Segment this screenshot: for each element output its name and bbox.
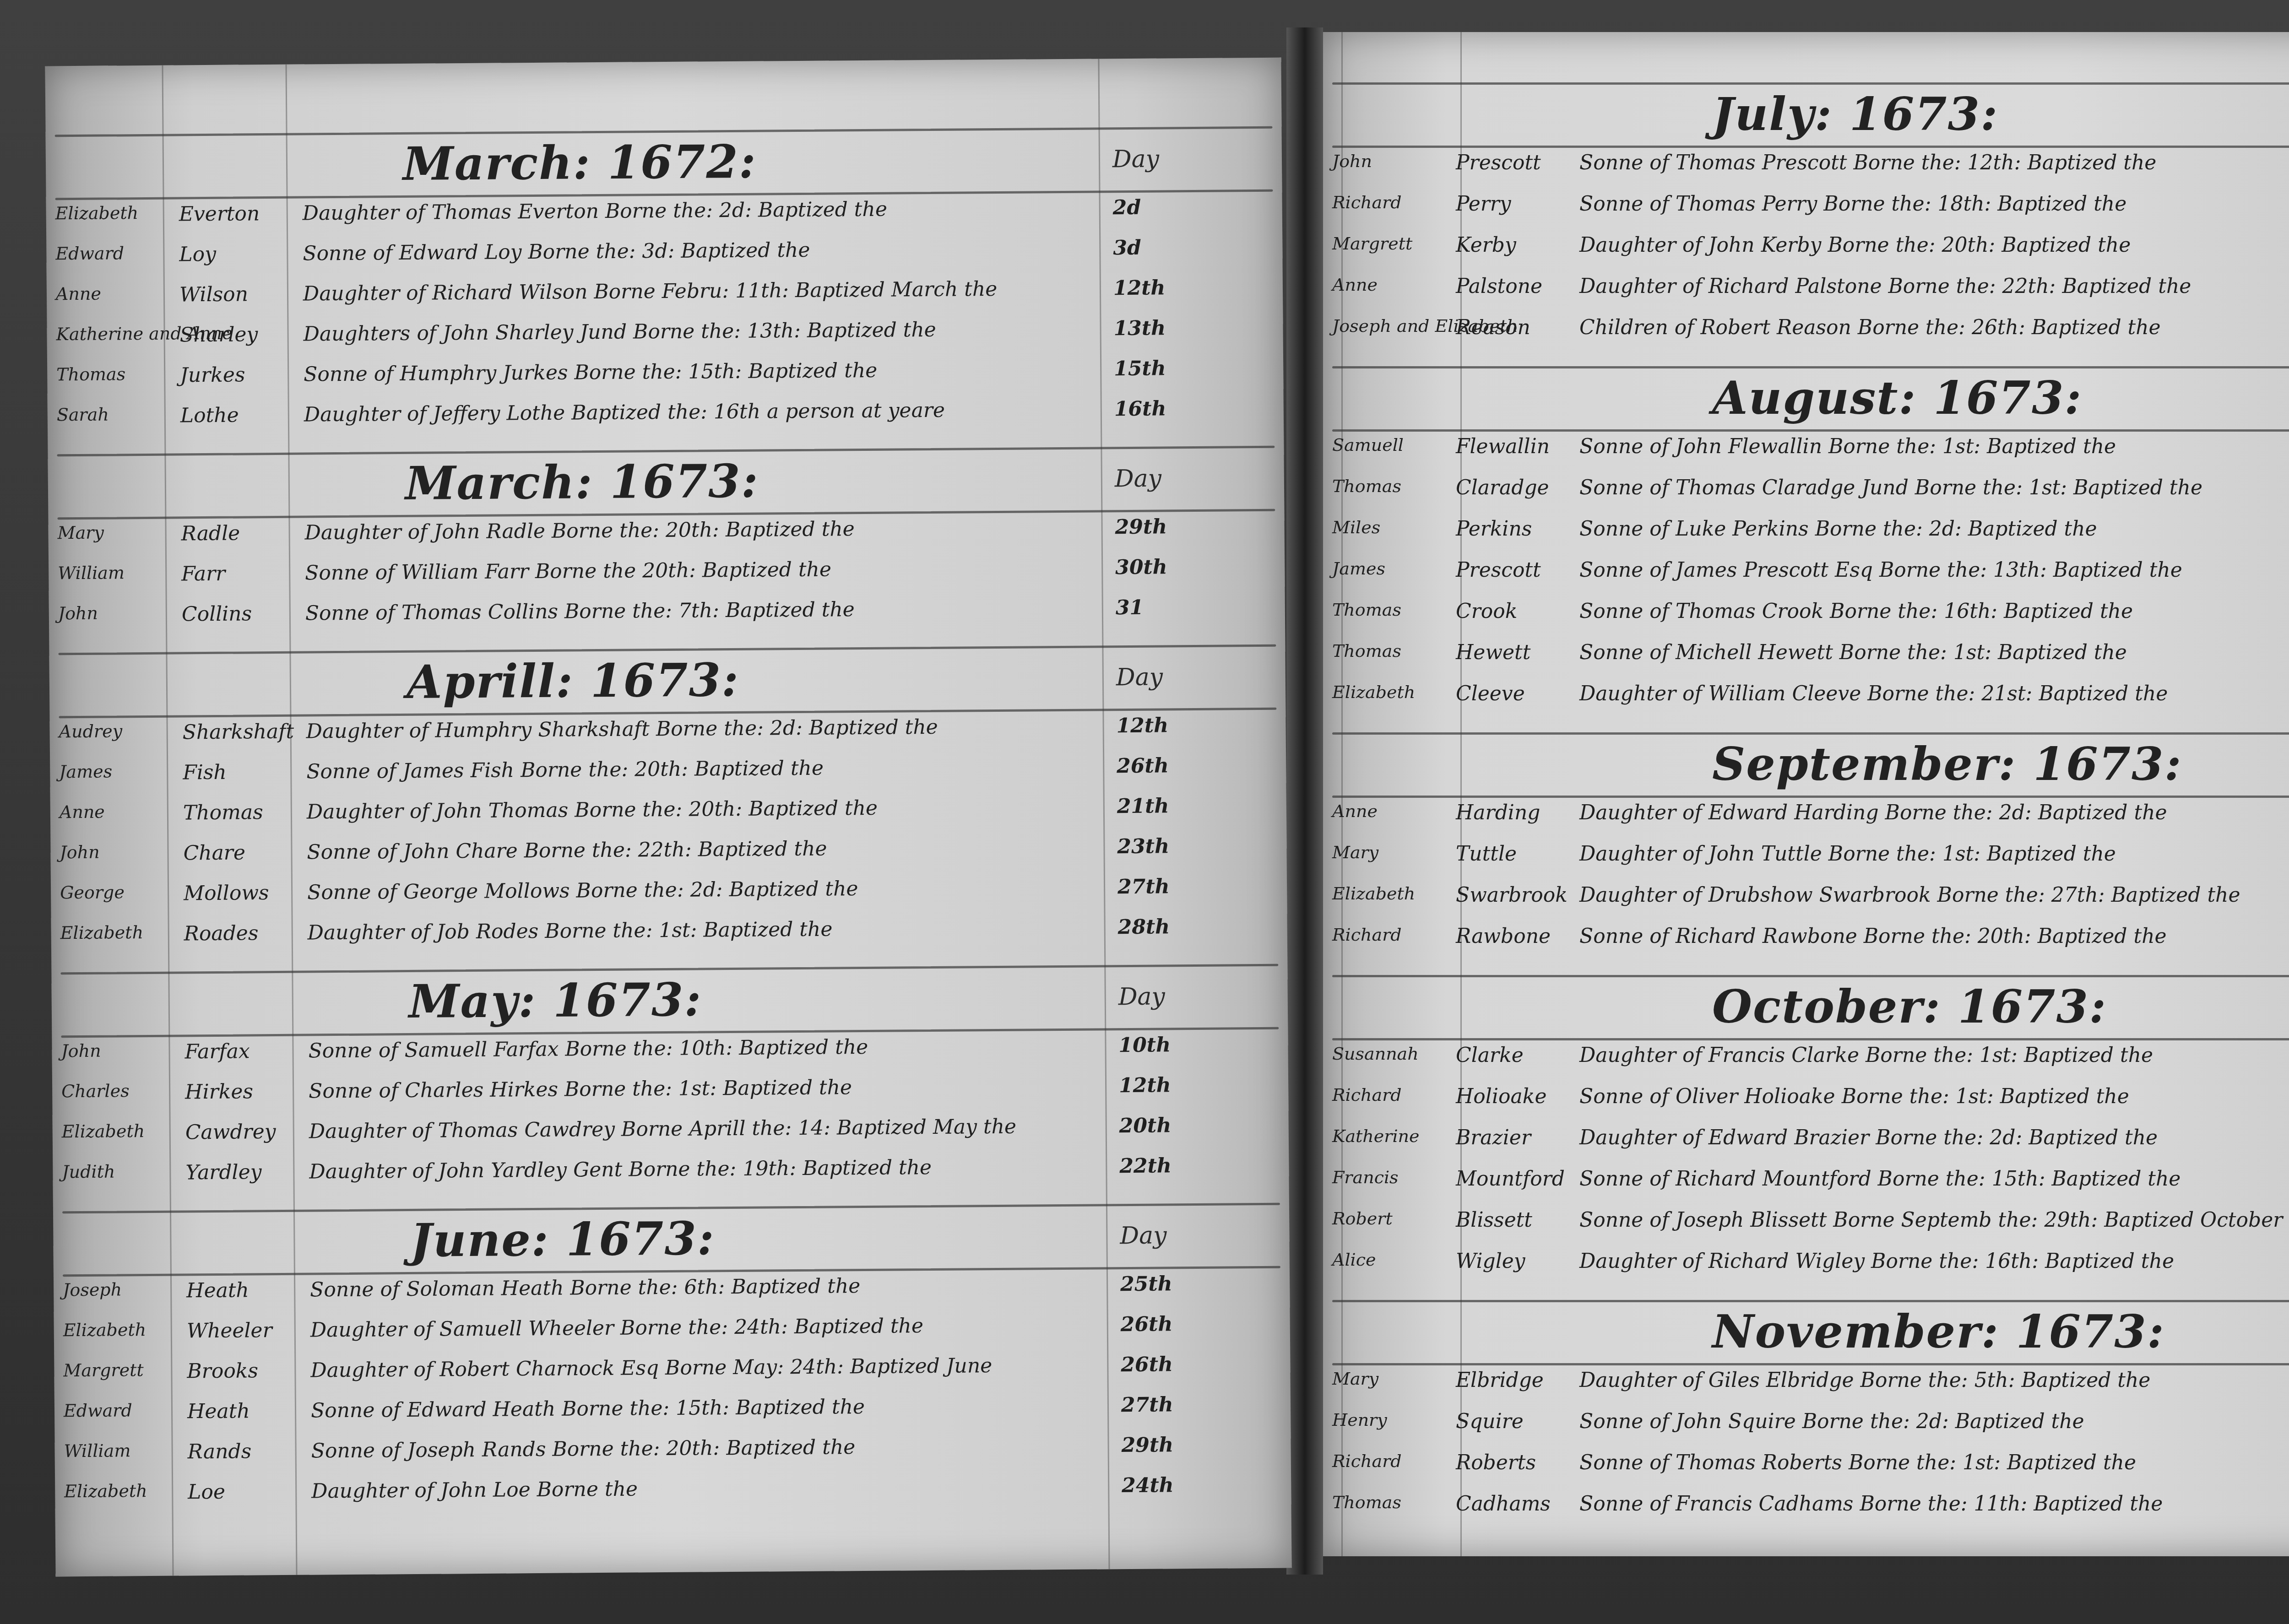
surname: Prescott: [1456, 151, 1541, 174]
surname: Everton: [179, 202, 260, 226]
section-rule: [61, 1027, 1279, 1038]
surname: Crook: [1456, 600, 1517, 623]
surname: Palstone: [1456, 275, 1542, 298]
given-name: Richard: [1332, 1451, 1402, 1471]
section-rule: [1332, 366, 2289, 368]
baptism-day: 21th: [1117, 794, 1169, 818]
day-column-header: Day: [1118, 983, 1165, 1011]
baptism-day: 30th: [1115, 555, 1167, 579]
register-entry: AnneThomasDaughter of John Thomas Borne …: [50, 794, 1286, 802]
entry-text: Daughters of John Sharley Jund Borne the…: [303, 318, 936, 346]
entry-text: Sonne of John Flewallin Borne the: 1st: …: [1579, 435, 2116, 458]
entry-text: Daughter of William Cleeve Borne the: 21…: [1579, 682, 2168, 705]
entry-text: Sonne of Oliver Holioake Borne the: 1st:…: [1579, 1085, 2129, 1108]
month-heading: March: 1672:: [403, 135, 757, 191]
month-heading: July: 1673:: [1712, 87, 1998, 141]
month-heading: September: 1673:: [1712, 737, 2182, 791]
surname: Mountford: [1456, 1167, 1565, 1191]
baptism-day: 2d: [1113, 196, 1141, 219]
entry-text: Daughter of John Radle Borne the: 20th: …: [304, 517, 854, 544]
given-name: John: [1332, 151, 1372, 171]
entry-text: Daughter of John Yardley Gent Borne the:…: [309, 1156, 932, 1183]
entry-text: Sonne of Thomas Collins Borne the: 7th: …: [305, 598, 855, 625]
given-name: Anne: [1332, 801, 1378, 821]
register-entry: AudreySharkshaftDaughter of Humphry Shar…: [50, 713, 1286, 722]
day-column-header: Day: [1115, 465, 1161, 493]
surname: Roberts: [1456, 1451, 1536, 1474]
given-name: Susannah: [1332, 1044, 1419, 1064]
entry-text: Children of Robert Reason Borne the: 26t…: [1579, 316, 2161, 339]
given-name: James: [59, 761, 112, 782]
section-rule: [1332, 732, 2289, 735]
surname: Hewett: [1456, 641, 1530, 664]
given-name: Katherine: [1332, 1126, 1420, 1146]
surname: Perkins: [1456, 517, 1532, 541]
given-name: Elizabeth: [63, 1320, 146, 1340]
baptism-day: 25th: [1120, 1272, 1172, 1296]
right-page: July: 1673:DayJohnPrescottSonne of Thoma…: [1323, 32, 2289, 1556]
entry-text: Sonne of Charles Hirkes Borne the: 1st: …: [309, 1076, 852, 1103]
entry-text: Sonne of James Prescott Esq Borne the: 1…: [1579, 558, 2182, 582]
given-name: Richard: [1332, 925, 1402, 945]
given-name: Margrett: [63, 1360, 144, 1380]
book-gutter: [1286, 27, 1323, 1575]
baptism-day: 24th: [1122, 1473, 1174, 1497]
given-name: Elizabeth: [60, 922, 144, 943]
given-name: James: [1332, 558, 1385, 579]
given-name: Thomas: [1332, 600, 1401, 620]
given-name: Elizabeth: [64, 1481, 147, 1501]
baptism-day: 26th: [1121, 1312, 1173, 1336]
given-name: John: [60, 842, 99, 863]
entry-text: Daughter of John Kerby Borne the: 20th: …: [1579, 233, 2131, 257]
register-entry: MaryRadleDaughter of John Radle Borne th…: [48, 514, 1284, 523]
baptism-day: 28th: [1118, 915, 1170, 939]
entry-text: Sonne of Thomas Roberts Borne the: 1st: …: [1579, 1451, 2136, 1474]
given-name: Alice: [1332, 1250, 1376, 1270]
surname: Brazier: [1456, 1126, 1531, 1149]
given-name: Anne: [1332, 275, 1378, 295]
given-name: Mary: [1332, 1369, 1378, 1389]
register-entry: SarahLotheDaughter of Jeffery Lothe Bapt…: [48, 396, 1284, 405]
entry-text: Daughter of Robert Charnock Esq Borne Ma…: [310, 1354, 992, 1382]
month-heading: October: 1673:: [1712, 980, 2107, 1034]
surname: Thomas: [183, 801, 263, 824]
surname: Prescott: [1456, 558, 1541, 582]
surname: Cadhams: [1456, 1492, 1551, 1516]
surname: Loy: [179, 243, 216, 266]
baptism-day: 29th: [1115, 515, 1167, 539]
register-entry: JamesFishSonne of James Fish Borne the: …: [50, 753, 1286, 762]
surname: Yardley: [185, 1160, 261, 1184]
surname: Claradge: [1456, 476, 1549, 499]
given-name: Margrett: [1332, 233, 1412, 254]
given-name: Audrey: [59, 721, 123, 742]
surname: Swarbrook: [1456, 883, 1568, 907]
baptism-day: 12th: [1116, 714, 1168, 737]
register-entry: JudithYardleyDaughter of John Yardley Ge…: [53, 1153, 1289, 1162]
entry-text: Daughter of Thomas Everton Borne the: 2d…: [303, 198, 887, 225]
entry-text: Sonne of Edward Heath Borne the: 15th: B…: [311, 1395, 865, 1422]
surname: Chare: [183, 841, 245, 865]
surname: Tuttle: [1456, 842, 1517, 866]
entry-text: Daughter of Edward Brazier Borne the: 2d…: [1579, 1126, 2158, 1149]
surname: Reason: [1456, 316, 1530, 339]
entry-text: Sonne of Edward Loy Borne the: 3d: Bapti…: [303, 238, 810, 265]
entry-text: Daughter of Richard Wigley Borne the: 16…: [1579, 1250, 2174, 1273]
entry-text: Daughter of John Loe Borne the: [311, 1478, 638, 1503]
baptism-day: 10th: [1118, 1033, 1171, 1057]
entry-text: Sonne of Humphry Jurkes Borne the: 15th:…: [304, 359, 877, 386]
entry-text: Sonne of Richard Rawbone Borne the: 20th…: [1579, 925, 2167, 948]
surname: Flewallin: [1456, 435, 1550, 458]
month-heading: August: 1673:: [1712, 371, 2082, 425]
section-rule: [1332, 1038, 2289, 1040]
entry-text: Sonne of Joseph Blissett Borne Septemb t…: [1579, 1208, 2289, 1232]
register-entry: ElizabethEvertonDaughter of Thomas Evert…: [46, 195, 1282, 204]
given-name: Henry: [1332, 1410, 1387, 1430]
register-entry: GeorgeMollowsSonne of George Mollows Bor…: [51, 874, 1287, 883]
given-name: Richard: [1332, 192, 1402, 212]
surname: Collins: [182, 602, 252, 626]
month-heading: March: 1673:: [405, 454, 759, 510]
left-page: March: 1672:DayElizabethEvertonDaughter …: [45, 58, 1292, 1577]
surname: Sharkshaft: [183, 720, 294, 744]
baptism-day: 29th: [1121, 1433, 1173, 1457]
baptism-day: 31: [1116, 596, 1144, 619]
given-name: Mary: [1332, 842, 1378, 862]
given-name: Mary: [57, 523, 104, 543]
entry-text: Sonne of Luke Perkins Borne the: 2d: Bap…: [1579, 517, 2097, 541]
given-name: Elizabeth: [1332, 682, 1415, 702]
entry-text: Sonne of Joseph Rands Borne the: 20th: B…: [311, 1435, 855, 1462]
column-rule: [1460, 32, 1462, 1556]
column-rule: [286, 65, 298, 1575]
entry-text: Sonne of Soloman Heath Borne the: 6th: B…: [310, 1274, 860, 1301]
column-rule: [1098, 59, 1110, 1569]
given-name: Elizabeth: [55, 203, 139, 223]
baptism-day: 27th: [1121, 1393, 1173, 1417]
baptism-day: 3d: [1113, 236, 1141, 260]
entry-text: Daughter of Humphry Sharkshaft Borne the…: [306, 715, 938, 743]
surname: Heath: [186, 1278, 249, 1302]
baptism-day: 13th: [1113, 316, 1166, 340]
register-entry: ElizabethCawdreyDaughter of Thomas Cawdr…: [53, 1113, 1289, 1122]
entry-text: Daughter of Thomas Cawdrey Borne Aprill …: [309, 1115, 1017, 1143]
baptism-day: 12th: [1113, 276, 1166, 300]
given-name: Joseph: [63, 1279, 122, 1300]
register-entry: ElizabethWheelerDaughter of Samuell Whee…: [54, 1312, 1290, 1321]
section-rule: [55, 189, 1273, 200]
given-name: John: [58, 603, 98, 624]
day-column-header: Day: [1116, 663, 1163, 691]
register-entry: ThomasJurkesSonne of Humphry Jurkes Born…: [47, 356, 1283, 365]
month-heading: May: 1673:: [408, 972, 702, 1028]
entry-text: Sonne of William Farr Borne the 20th: Ba…: [305, 558, 831, 585]
surname: Farfax: [184, 1039, 250, 1063]
given-name: Thomas: [1332, 641, 1401, 661]
entry-text: Daughter of John Tuttle Borne the: 1st: …: [1579, 842, 2116, 866]
register-entry: MargrettBrooksDaughter of Robert Charnoc…: [54, 1352, 1290, 1361]
given-name: William: [58, 563, 125, 583]
baptism-day: 20th: [1119, 1114, 1172, 1137]
entry-text: Daughter of Samuell Wheeler Borne the: 2…: [310, 1314, 923, 1342]
section-rule: [1332, 975, 2289, 977]
register-entry: JohnChareSonne of John Chare Borne the: …: [50, 834, 1286, 843]
baptism-day: 26th: [1117, 754, 1169, 778]
given-name: Elizabeth: [1332, 883, 1415, 904]
register-entry: CharlesHirkesSonne of Charles Hirkes Bor…: [52, 1073, 1288, 1082]
section-rule: [1332, 146, 2289, 148]
entry-text: Daughter of Job Rodes Borne the: 1st: Ba…: [308, 918, 833, 945]
baptism-day: 27th: [1117, 875, 1170, 899]
register-entry: JohnCollinsSonne of Thomas Collins Borne…: [49, 595, 1285, 604]
surname: Rands: [187, 1440, 251, 1463]
given-name: Judith: [62, 1161, 115, 1182]
surname: Loe: [188, 1480, 225, 1504]
entry-text: Sonne of John Squire Borne the: 2d: Bapt…: [1579, 1410, 2084, 1433]
given-name: Francis: [1332, 1167, 1399, 1187]
given-name: Edward: [55, 243, 124, 264]
given-name: George: [60, 882, 125, 903]
surname: Wigley: [1456, 1250, 1525, 1273]
given-name: Richard: [1332, 1085, 1402, 1105]
baptism-day: 22th: [1119, 1154, 1172, 1178]
surname: Radle: [181, 522, 240, 546]
day-column-header: Day: [1112, 145, 1159, 173]
section-rule: [1332, 796, 2289, 798]
register-entry: EdwardLoySonne of Edward Loy Borne the: …: [46, 235, 1282, 244]
baptism-day: 12th: [1119, 1073, 1171, 1097]
surname: Clarke: [1456, 1044, 1524, 1067]
register-entry: WilliamFarrSonne of William Farr Borne t…: [49, 555, 1285, 563]
column-rule: [162, 65, 174, 1576]
entry-text: Sonne of John Chare Borne the: 22th: Bap…: [307, 837, 827, 864]
section-rule: [63, 1266, 1280, 1277]
entry-text: Daughter of Edward Harding Borne the: 2d…: [1579, 801, 2167, 824]
entry-text: Sonne of Thomas Crook Borne the: 16th: B…: [1579, 600, 2133, 623]
given-name: Thomas: [56, 364, 125, 384]
surname: Elbridge: [1456, 1369, 1544, 1392]
surname: Fish: [183, 761, 227, 785]
entry-text: Sonne of Thomas Claradge Jund Borne the:…: [1579, 476, 2202, 499]
baptism-day: 16th: [1114, 397, 1166, 421]
surname: Heath: [187, 1399, 250, 1423]
given-name: Edward: [64, 1400, 132, 1421]
register-entry: ElizabethRoadesDaughter of Job Rodes Bor…: [51, 915, 1287, 923]
given-name: Charles: [61, 1081, 130, 1101]
entry-text: Sonne of George Mollows Borne the: 2d: B…: [307, 877, 858, 904]
baptism-day: 15th: [1114, 357, 1166, 380]
surname: Jurkes: [180, 363, 245, 387]
entry-text: Sonne of Michell Hewett Borne the: 1st: …: [1579, 641, 2127, 664]
surname: Harding: [1456, 801, 1540, 824]
surname: Hirkes: [185, 1080, 253, 1104]
day-column-header: Day: [1120, 1222, 1166, 1250]
baptism-day: 26th: [1121, 1353, 1173, 1376]
surname: Perry: [1456, 192, 1511, 216]
entry-text: Daughter of Giles Elbridge Borne the: 5t…: [1579, 1369, 2150, 1392]
entry-text: Daughter of Francis Clarke Borne the: 1s…: [1579, 1044, 2153, 1067]
register-entry: JohnFarfaxSonne of Samuell Farfax Borne …: [52, 1033, 1288, 1041]
section-rule: [1332, 82, 2289, 85]
entry-text: Daughter of Richard Palstone Borne the: …: [1579, 275, 2191, 298]
entry-text: Sonne of Francis Cadhams Borne the: 11th…: [1579, 1492, 2163, 1516]
surname: Squire: [1456, 1410, 1524, 1433]
surname: Rawbone: [1456, 925, 1551, 948]
surname: Wilson: [179, 282, 248, 306]
surname: Roades: [184, 921, 259, 945]
given-name: Miles: [1332, 517, 1380, 537]
entry-text: Daughter of Jeffery Lothe Baptized the: …: [304, 399, 945, 427]
entry-text: Sonne of Thomas Prescott Borne the: 12th…: [1579, 151, 2156, 174]
entry-text: Sonne of James Fish Borne the: 20th: Bap…: [306, 757, 824, 784]
section-rule: [57, 509, 1275, 520]
given-name: Sarah: [57, 405, 109, 425]
surname: Holioake: [1456, 1085, 1546, 1108]
entry-text: Sonne of Samuell Farfax Borne the: 10th:…: [308, 1035, 868, 1063]
surname: Mollows: [184, 881, 269, 905]
given-name: Samuell: [1332, 435, 1404, 455]
section-rule: [1332, 429, 2289, 432]
entry-text: Daughter of John Thomas Borne the: 20th:…: [307, 796, 878, 824]
given-name: Thomas: [1332, 476, 1401, 496]
given-name: Anne: [60, 802, 105, 823]
given-name: John: [61, 1041, 101, 1061]
surname: Lothe: [180, 404, 239, 428]
surname: Kerby: [1456, 233, 1516, 257]
given-name: Elizabeth: [62, 1121, 145, 1142]
month-heading: June: 1673:: [410, 1211, 715, 1267]
register-entry: WilliamRandsSonne of Joseph Rands Borne …: [54, 1433, 1291, 1441]
entry-text: Daughter of Richard Wilson Borne Febru: …: [303, 277, 998, 306]
given-name: Anne: [56, 284, 101, 304]
register-entry: AnneWilsonDaughter of Richard Wilson Bor…: [47, 276, 1283, 284]
surname: Cawdrey: [185, 1120, 276, 1144]
given-name: Thomas: [1332, 1492, 1401, 1512]
given-name: Robert: [1332, 1208, 1393, 1229]
surname: Wheeler: [187, 1319, 272, 1343]
register-entry: Katherine and AnneSharleyDaughters of Jo…: [47, 316, 1283, 325]
baptism-day: 23th: [1117, 834, 1169, 858]
register-entry: EdwardHeathSonne of Edward Heath Borne t…: [54, 1392, 1291, 1401]
surname: Brooks: [187, 1359, 258, 1383]
surname: Blissett: [1456, 1208, 1532, 1232]
entry-text: Sonne of Richard Mountford Borne the: 15…: [1579, 1167, 2181, 1191]
column-rule: [1341, 32, 1343, 1556]
entry-text: Sonne of Thomas Perry Borne the: 18th: B…: [1579, 192, 2126, 216]
entry-text: Daughter of Drubshow Swarbrook Borne the…: [1579, 883, 2240, 907]
register-entry: JosephHeathSonne of Soloman Heath Borne …: [54, 1272, 1290, 1280]
surname: Cleeve: [1456, 682, 1525, 705]
given-name: William: [64, 1440, 130, 1461]
section-rule: [1332, 1300, 2289, 1302]
section-rule: [59, 708, 1276, 719]
surname: Farr: [181, 562, 225, 586]
section-rule: [1332, 1363, 2289, 1365]
register-entry: ElizabethLoeDaughter of John Loe Borne t…: [55, 1473, 1291, 1482]
month-heading: Aprill: 1673:: [407, 653, 740, 709]
surname: Sharley: [179, 323, 258, 346]
month-heading: November: 1673:: [1712, 1305, 2165, 1359]
